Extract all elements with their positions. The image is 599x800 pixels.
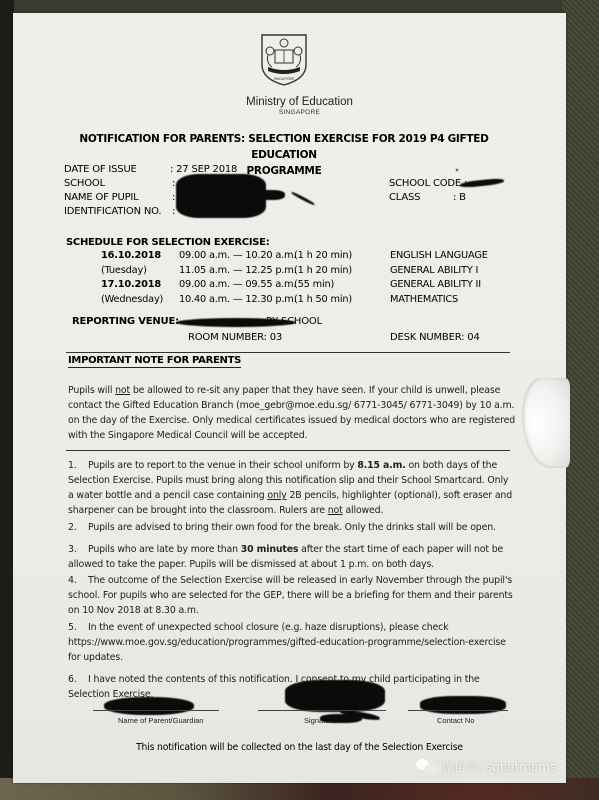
note-item-1: 1.Pupils are to report to the venue in t… xyxy=(68,458,516,518)
important-note-body: Pupils will not be allowed to re-sit any… xyxy=(68,383,516,443)
schedule-duration: (1 h 50 min) xyxy=(294,294,352,305)
parent-name-label: Name of Parent/Guardian xyxy=(118,716,203,725)
redaction-mark xyxy=(255,190,285,200)
schedule-paper: GENERAL ABILITY I xyxy=(390,265,478,276)
class-value: : B xyxy=(453,192,466,203)
identification-value: : xyxy=(172,206,175,217)
moe-crest-icon: SINGAPORE xyxy=(256,31,312,87)
ministry-name: Ministry of Education xyxy=(0,96,599,108)
note-item-2: 2.Pupils are advised to bring their own … xyxy=(68,520,516,535)
redaction-mark xyxy=(285,680,385,712)
schedule-date: 16.10.2018 xyxy=(101,250,161,261)
signature-line[interactable] xyxy=(258,710,386,711)
redaction-mark xyxy=(320,714,362,723)
ministry-country: SINGAPORE xyxy=(0,109,599,116)
redaction-mark xyxy=(176,318,296,327)
class-label: CLASS xyxy=(389,192,420,203)
parent-name-line[interactable] xyxy=(93,710,219,711)
redaction-mark xyxy=(104,697,194,715)
redaction-mark xyxy=(176,174,266,218)
schedule-paper: MATHEMATICS xyxy=(390,294,458,305)
school-label: SCHOOL xyxy=(64,178,105,189)
schedule-date: 17.10.2018 xyxy=(101,279,161,290)
divider xyxy=(66,352,510,353)
redaction-mark xyxy=(420,696,506,714)
background-left xyxy=(0,0,14,800)
schedule-duration: (1 h 20 min) xyxy=(294,265,352,276)
schedule-time: 11.05 a.m. — 12.25 p.m. xyxy=(179,265,297,276)
schedule-duration: (55 min) xyxy=(294,279,334,290)
schedule-paper: GENERAL ABILITY II xyxy=(390,279,481,290)
schedule-time: 10.40 a.m. — 12.30 p.m. xyxy=(179,294,297,305)
divider xyxy=(66,450,510,451)
schedule-time: 09.00 a.m. — 10.20 a.m. xyxy=(179,250,296,261)
wechat-icon xyxy=(416,759,438,775)
date-of-issue-label: DATE OF ISSUE xyxy=(64,164,137,175)
title-line-1: NOTIFICATION FOR PARENTS: SELECTION EXER… xyxy=(64,131,504,163)
desk-number: DESK NUMBER: 04 xyxy=(390,332,480,343)
reporting-venue-label: REPORTING VENUE: xyxy=(72,316,179,327)
schedule-date: (Tuesday) xyxy=(101,265,147,276)
school-code-label: SCHOOL CODE : xyxy=(389,178,467,189)
contact-label: Contact No xyxy=(437,716,475,725)
pupil-name-value: : xyxy=(172,192,175,203)
school-value: : xyxy=(172,178,175,189)
schedule-date: (Wednesday) xyxy=(101,294,163,305)
schedule-paper: ENGLISH LANGUAGE xyxy=(390,250,488,261)
schedule-duration: (1 h 20 min) xyxy=(294,250,352,261)
redaction-mark xyxy=(456,169,458,171)
identification-label: IDENTIFICATION NO. xyxy=(64,206,161,217)
schedule-time: 09.00 a.m. — 09.55 a.m. xyxy=(179,279,296,290)
note-item-4: 4.The outcome of the Selection Exercise … xyxy=(68,573,516,618)
watermark-text: 微信号: sghotmoms xyxy=(442,758,556,775)
watermark: 微信号: sghotmoms xyxy=(416,758,556,775)
important-note-title: IMPORTANT NOTE FOR PARENTS xyxy=(68,355,241,368)
footer-note: This notification will be collected on t… xyxy=(0,742,599,753)
note-item-5: 5.In the event of unexpected school clos… xyxy=(68,620,516,665)
schedule-heading: SCHEDULE FOR SELECTION EXERCISE: xyxy=(66,237,269,248)
note-item-3: 3.Pupils who are late by more than 30 mi… xyxy=(68,542,516,572)
room-number: ROOM NUMBER: 03 xyxy=(188,332,282,343)
pupil-name-label: NAME OF PUPIL xyxy=(64,192,139,203)
contact-line[interactable] xyxy=(408,710,508,711)
svg-text:SINGAPORE: SINGAPORE xyxy=(274,77,295,81)
